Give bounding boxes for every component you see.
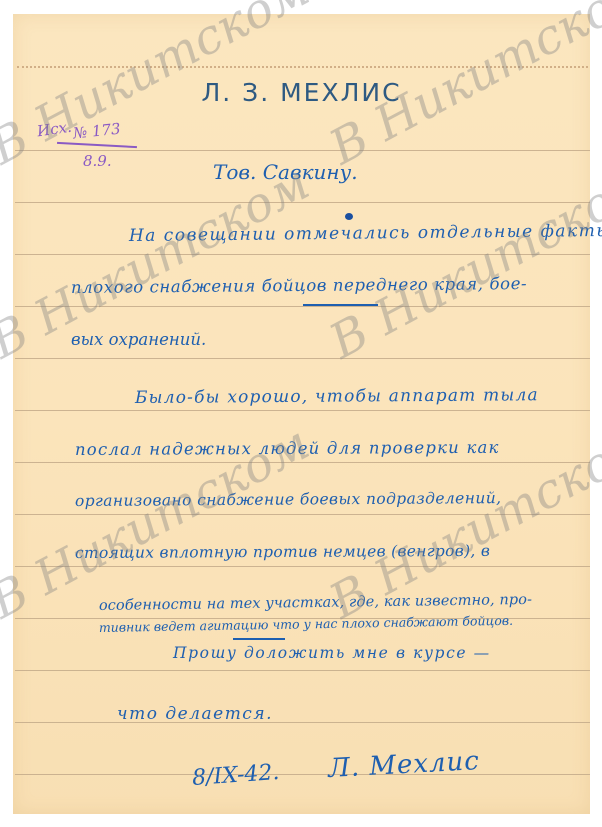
ruled-line (15, 514, 590, 515)
ruled-line (15, 566, 590, 567)
body-line: тивник ведет агитацию что у нас плохо сн… (99, 613, 513, 635)
registration-label: Исх. (36, 118, 73, 141)
ink-blot (345, 213, 353, 220)
registration-date: 8.9. (83, 152, 112, 170)
body-line: что делается. (117, 704, 273, 724)
registration-underline (57, 142, 137, 148)
ruled-line (15, 410, 590, 411)
signature: Л. Мехлис (327, 746, 480, 784)
ruled-line (15, 670, 590, 671)
letterhead: Л. З. МЕХЛИС (13, 78, 590, 107)
perforation-line (17, 66, 588, 68)
registration-number: № 173 (72, 120, 121, 143)
ink-underline (233, 638, 285, 640)
body-line: вых охранений. (71, 330, 206, 349)
watermark: В Никитском (321, 155, 602, 370)
ruled-line (15, 774, 590, 775)
body-line: На совещании отмечались отдельные факты (129, 221, 602, 246)
ruled-line (15, 306, 590, 307)
ruled-line (15, 202, 590, 203)
ruled-line (15, 358, 590, 359)
signature-date: 8/IX-42. (191, 760, 280, 791)
ruled-line (15, 254, 590, 255)
addressee: Тов. Савкину. (213, 160, 358, 184)
body-line: особенности на тех участках, где, как из… (99, 592, 532, 614)
ruled-line (15, 150, 590, 151)
ruled-line (15, 722, 590, 723)
body-line: организовано снабжение боевых подразделе… (75, 489, 502, 510)
body-line: Прошу доложить мне в курсе — (173, 644, 491, 662)
body-line: послал надежных людей для проверки как (75, 438, 500, 459)
ruled-line (15, 462, 590, 463)
ink-underline (303, 304, 378, 306)
body-line: плохого снабжения бойцов переднего края,… (71, 274, 527, 297)
body-line: стоящих вплотную против немцев (венгров)… (75, 542, 490, 562)
body-line: Было-бы хорошо, чтобы аппарат тыла (135, 385, 539, 408)
letter-page: Л. З. МЕХЛИС Исх. № 173 8.9. Тов. Савкин… (13, 14, 590, 814)
